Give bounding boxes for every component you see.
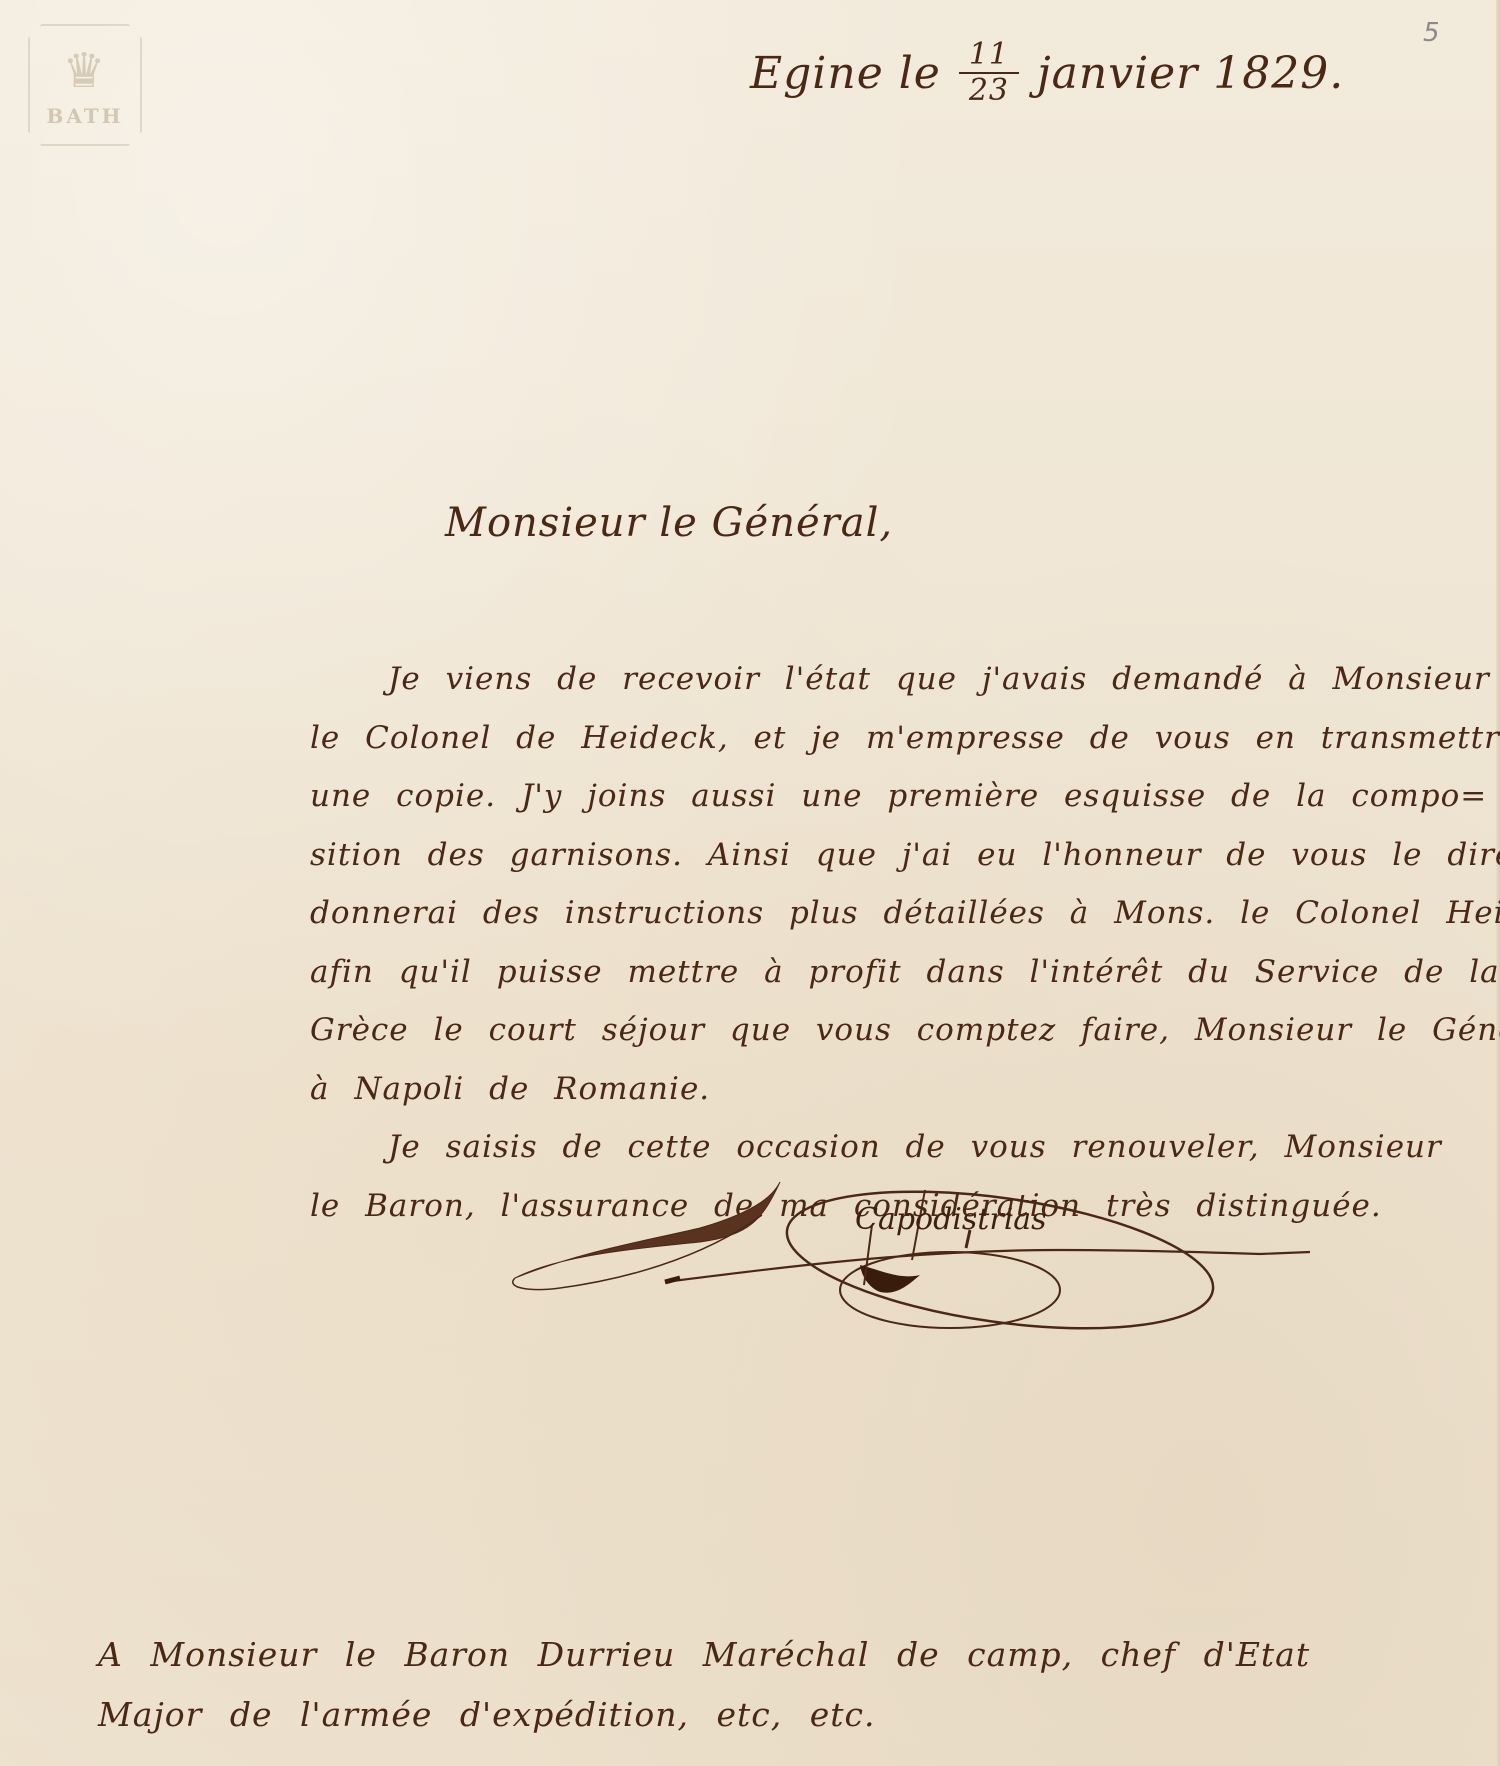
crown-icon: ♛ [54,46,114,96]
body-line: sition des garnisons. Ainsi que j'ai eu … [310,826,1500,885]
body-line: Je viens de recevoir l'état que j'avais … [310,650,1500,709]
page-number: 5 [1423,18,1440,48]
body-line: à Napoli de Romanie. [310,1060,1500,1119]
address-line: Major de l'armée d'expédition, etc, etc. [98,1685,1488,1745]
day-new-style: 23 [969,74,1009,108]
body-line: une copie. J'y joins aussi une première … [310,767,1500,826]
embossed-watermark: ♛ BATH [28,24,142,146]
dateline-place: Egine le [750,48,941,99]
letter-page: ♛ BATH 5 Egine le 11 23 janvier 1829. Mo… [0,0,1500,1766]
dateline: Egine le 11 23 janvier 1829. [750,38,1344,108]
dateline-month-year: janvier 1829. [1037,48,1344,99]
signature-name: Capodistrias [855,1202,1047,1237]
letter-body: Je viens de recevoir l'état que j'avais … [310,650,1500,1235]
address-line: A Monsieur le Baron Durrieu Maréchal de … [98,1625,1488,1685]
dual-date-fraction: 11 23 [959,38,1019,108]
day-old-style: 11 [959,38,1019,74]
body-line: Je saisis de cette occasion de vous reno… [310,1118,1500,1177]
salutation: Monsieur le Général, [445,500,893,546]
body-line: afin qu'il puisse mettre à profit dans l… [310,943,1500,1002]
body-line: Grèce le court séjour que vous comptez f… [310,1001,1500,1060]
signature: Capodistrias [500,1170,1350,1430]
address-block: A Monsieur le Baron Durrieu Maréchal de … [98,1625,1488,1745]
watermark-label: BATH [30,104,140,128]
body-line: le Colonel de Heideck, et je m'empresse … [310,709,1500,768]
body-line: donnerai des instructions plus détaillée… [310,884,1500,943]
